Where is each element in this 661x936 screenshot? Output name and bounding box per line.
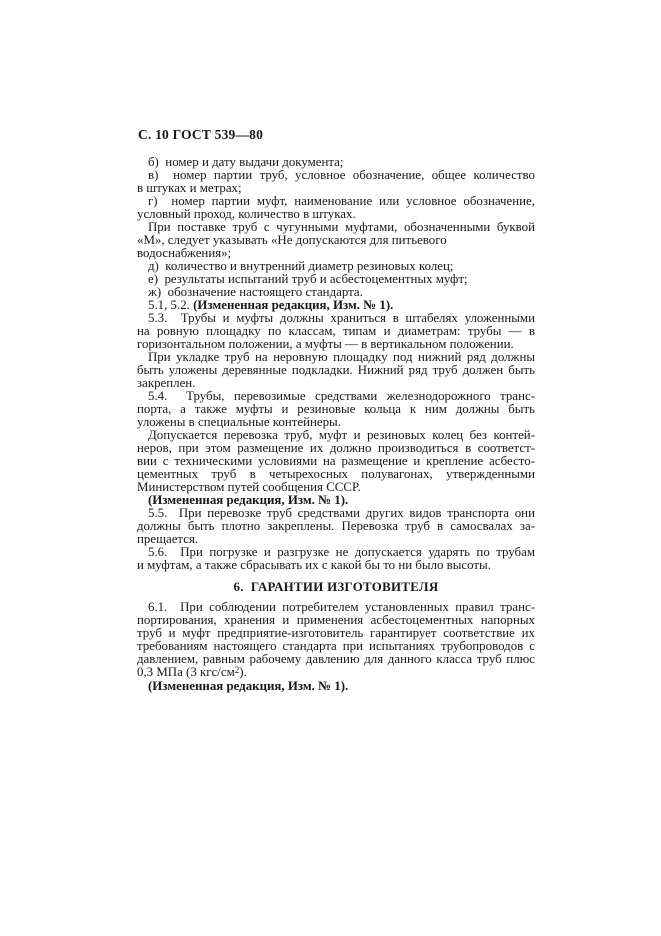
text-segment: портирования, хранения и применения асбе… — [137, 613, 535, 627]
page-header: С. 10 ГОСТ 539—80 — [138, 127, 263, 143]
text-segment: «М», следует указывать «Не допускаются д… — [137, 233, 450, 260]
text-segment: д) количество и внутренний диаметр резин… — [148, 259, 454, 273]
document-page: С. 10 ГОСТ 539—80 б) номер и дату выдачи… — [0, 0, 661, 936]
text-segment: 0,3 МПа (3 кгс/см — [137, 665, 235, 679]
text-line: «М», следует указывать «Не допускаются д… — [137, 234, 535, 260]
text-segment: 5.1, 5.2. — [148, 298, 193, 312]
text-segment: в) номер партии труб, условное обозначен… — [148, 168, 535, 182]
document-body: б) номер и дату выдачи документа;в) номе… — [137, 156, 535, 693]
text-segment: е) результаты испытаний труб и асбестоце… — [148, 272, 468, 286]
text-segment: горизонтальном положении, а муфты — в ве… — [137, 337, 514, 351]
text-segment: 5.4. Трубы, перевозимые средствами желез… — [148, 389, 535, 403]
text-segment: При укладке труб на неровную площадку по… — [148, 350, 535, 364]
text-segment: неров, при этом размещение их должно про… — [137, 441, 535, 455]
text-segment: давлением, равным рабочему давлению для … — [137, 652, 535, 666]
text-segment: 5.5. При перевозке труб средствами други… — [148, 506, 535, 520]
text-segment: должны быть плотно закреплены. Перевозка… — [137, 519, 535, 533]
text-segment: Министерством путей сообщения СССР. — [137, 480, 361, 494]
text-segment: условный проход, количество в штуках. — [137, 207, 356, 221]
text-segment: 2 — [235, 665, 240, 675]
text-segment: При поставке труб с чугунными муфтами, о… — [148, 220, 535, 234]
text-segment: Допускается перевозка труб, муфт и резин… — [148, 428, 535, 442]
section-heading: 6. ГАРАНТИИ ИЗГОТОВИТЕЛЯ — [137, 581, 535, 594]
text-segment: и муфтам, а также сбрасывать их с какой … — [137, 558, 491, 572]
text-segment: порта, а также муфты и резиновые кольца … — [137, 402, 535, 416]
text-segment: уложены в специальные контейнеры. — [137, 415, 341, 429]
text-segment: закреплен. — [137, 376, 195, 390]
text-segment: прещается. — [137, 532, 198, 546]
text-segment: (Измененная редакция, Изм. № 1). — [148, 493, 348, 507]
text-segment: 6.1. При соблюдении потребителем установ… — [148, 600, 535, 614]
text-segment: ). — [239, 665, 247, 679]
text-segment: 5.3. Трубы и муфты должны храниться в шт… — [148, 311, 535, 325]
text-segment: г) номер партии муфт, наименование или у… — [148, 194, 535, 208]
text-segment: в штуках и метрах; — [137, 181, 242, 195]
text-segment: (Измененная редакция, Изм. № 1). — [148, 679, 348, 693]
text-line: быть уложены деревянные подкладки. Нижни… — [137, 364, 535, 377]
text-line: и муфтам, а также сбрасывать их с какой … — [137, 559, 535, 572]
text-segment: на ровную площадку по классам, типам и д… — [137, 324, 535, 338]
text-line: 0,3 МПа (3 кгс/см2). — [137, 666, 535, 680]
text-segment: требованиям настоящего стандарта при исп… — [137, 639, 535, 653]
text-segment: быть уложены деревянные подкладки. Нижни… — [137, 363, 535, 377]
text-segment: (Измененная редакция, Изм. № 1). — [193, 298, 393, 312]
text-segment: б) номер и дату выдачи документа; — [148, 155, 344, 169]
text-segment: вии с техническими условиями на размещен… — [137, 454, 535, 468]
text-segment: 5.6. При погрузке и разгрузке не допуска… — [148, 545, 535, 559]
text-segment: цементных труб в четырехосных полувагона… — [137, 467, 535, 481]
text-line: (Измененная редакция, Изм. № 1). — [137, 680, 535, 693]
text-segment: ж) обозначение настоящего стандарта. — [148, 285, 363, 299]
text-segment: труб и муфт предприятие-изготовитель гар… — [137, 626, 535, 640]
